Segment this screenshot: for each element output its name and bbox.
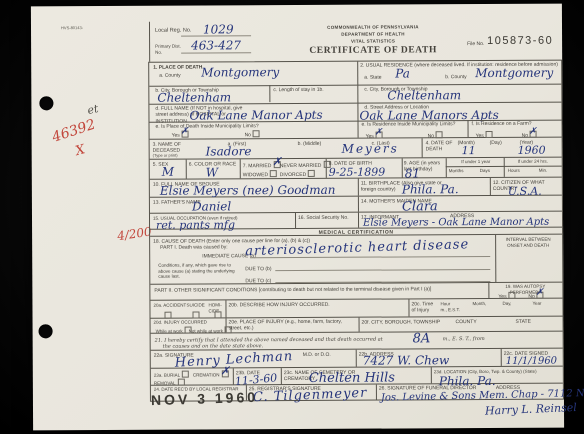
date-signed-value: 11/1/1960: [506, 357, 557, 367]
spouse-value: Elsie Meyers (nee) Goodman: [160, 184, 336, 197]
section-name-date: 3. NAME OF DECEASED (Type or print) a. (…: [150, 138, 562, 160]
yes-checkbox: ✗: [182, 131, 189, 138]
city-borough-label: 20f. CITY, BOROUGH, TOWNSHIP: [362, 319, 441, 326]
due-to-b-label: DUE TO (b): [245, 266, 271, 272]
place-of-death-label: 1. PLACE OF DEATH: [153, 64, 202, 71]
never-married-option: NEVER MARRIED: [280, 161, 331, 169]
color-race-value: W: [206, 166, 218, 178]
red-x-annotation: X: [74, 143, 86, 158]
certificate-title: CERTIFICATE OF DEATH: [293, 45, 453, 56]
min-label: Min.: [539, 168, 548, 174]
type-or-print-label: (Type or print): [153, 153, 178, 158]
section-demographics: 5. SEX M 6. COLOR OR RACE W 7. MARRIED✗ …: [150, 158, 562, 180]
hours-label: Hours: [508, 168, 520, 174]
part2-label: PART II. OTHER SIGNIFICANT CONDITIONS [c…: [154, 286, 484, 294]
yes-checkmark: ✗: [375, 128, 383, 138]
punch-hole-bottom: [39, 324, 53, 338]
file-no-value: 105873-60: [487, 35, 553, 47]
day-head-label: Day,: [502, 301, 511, 307]
yes-checkbox: ✗: [376, 132, 383, 139]
section-spouse-birthplace: 10. FULL NAME OF SPOUSE Elsie Meyers (ne…: [150, 178, 562, 198]
section-cause-of-death: 18. CAUSE OF DEATH (Enter only one cause…: [150, 235, 562, 285]
interval-label: INTERVAL BETWEEN ONSET AND DEATH: [499, 237, 557, 249]
last-name-value: Meyers: [342, 142, 399, 154]
accident-checkbox: [164, 312, 171, 319]
cremation-checkmark: ✗: [220, 364, 229, 377]
first-name-value: Isadore: [206, 145, 252, 157]
month-head-label: Month,: [472, 301, 486, 307]
no-label: No: [245, 132, 251, 138]
hour-label: Hour: [440, 301, 450, 307]
municipality-no: No: [245, 130, 260, 138]
municipality-question-label: e. Is Place of Death Inside Municipality…: [156, 123, 259, 130]
primary-dist-label: Primary Dist. No.: [155, 44, 181, 55]
residence-state-value: Pa: [395, 67, 410, 79]
file-no-label: File No.: [467, 41, 484, 47]
primary-dist-value: 463-427: [191, 39, 241, 51]
year-head-label: Year: [532, 301, 541, 307]
divorced-checkbox: [308, 170, 315, 177]
red-number-annotation: 46392: [50, 118, 97, 145]
cremation-checkbox: ✗: [221, 370, 228, 377]
divorced-label: DIVORCED: [280, 172, 306, 178]
middle-name-label: b. (Middle): [298, 141, 322, 147]
stay-label: c. Length of stay in 1b.: [273, 87, 333, 94]
farm-question-label: f. Is Residence on a Farm?: [472, 121, 560, 128]
residence-city-value: Cheltenham: [387, 89, 461, 101]
place-of-injury-label: 20e. PLACE OF INJURY (e.g., home, farm, …: [229, 319, 354, 332]
conditions-note: Conditions, if any, which gave rise to a…: [158, 262, 238, 279]
no-checkbox: ✗: [537, 292, 544, 299]
section-burial: 23a. BURIAL CREMATION✗ REMOVAL 23b. DATE…: [151, 367, 563, 386]
under-24-hrs-label: If under 24 hrs.: [506, 159, 560, 165]
yes-checkbox: [486, 131, 493, 138]
widowed-label: WIDOWED: [243, 172, 268, 178]
married-option: 7. MARRIED✗: [243, 161, 281, 169]
death-month-value: 11: [462, 145, 476, 156]
header-vital: VITAL STATISTICS: [293, 38, 453, 44]
widowed-checkbox: [270, 170, 277, 177]
county-head-label: COUNTY: [456, 319, 477, 325]
photo-background: HVS-80143- et 46392 X 4/200 Local Reg. N…: [0, 0, 584, 434]
suicide-label: SUICIDE: [186, 302, 204, 308]
time-of-injury-label: 20c. Time of Injury: [411, 301, 437, 314]
birthplace-value: Phila. Pa.: [402, 183, 459, 195]
removal-checkbox: [178, 379, 185, 386]
est-label: m., E.S.T.: [440, 307, 460, 313]
institution-value: Oak Lane Manor Apts: [189, 109, 322, 122]
accident-label: 20a. ACCIDENT: [153, 303, 186, 309]
funeral-director-line2: Harry L. Reinsel: [485, 402, 577, 417]
part1-label: PART I. Death was caused by:: [160, 244, 228, 251]
local-reg-line: [181, 35, 251, 36]
residence-county-value: Montgomery: [475, 67, 553, 79]
registrar-signature-value: C. Tilgenmeyer: [253, 387, 368, 405]
residence-state-label: a. State: [364, 75, 381, 81]
header-divider: [149, 22, 150, 62]
days-label: Days: [480, 168, 490, 174]
widowed-option: WIDOWED: [243, 170, 277, 178]
section-physician-signature: 22a. SIGNATURE Henry Lechman M.D. or D.O…: [151, 349, 563, 369]
certify-time-value: 8A: [413, 332, 431, 345]
divorced-option: DIVORCED: [280, 170, 315, 178]
months-label: Months: [449, 168, 464, 174]
ssn-label: 16. Social Security No.: [298, 215, 354, 222]
section-certify: 21. I hereby certify that I attended the…: [151, 332, 563, 351]
local-reg-value: 1029: [203, 23, 234, 35]
header-department: DEPARTMENT OF HEALTH: [293, 31, 453, 37]
burial-checkbox: [182, 371, 189, 378]
cremation-label: CREMATION: [193, 372, 220, 377]
certify-text-line2: the causes and on the date state above.: [163, 343, 264, 350]
residence-county-label: b. County: [445, 74, 466, 80]
married-label: 7. MARRIED: [243, 163, 272, 169]
describe-injury-label: 20b. DESCRIBE HOW INJURY OCCURRED.: [228, 302, 329, 309]
suicide-checkbox: [192, 312, 199, 319]
burial-option: 23a. BURIAL: [154, 371, 189, 378]
form-number: HVS-80143-: [61, 25, 83, 30]
day-label: (Day): [490, 140, 502, 146]
injury-occurred-label: 20d. INJURY OCCURRED: [154, 319, 207, 325]
death-year-value: 1960: [518, 145, 546, 156]
yes-checkbox: [509, 292, 516, 299]
city-value: Cheltenham: [157, 91, 231, 103]
no-checkbox: [436, 131, 443, 138]
red-fraction-annotation: 4/200: [116, 225, 152, 242]
cemetery-value: Chelten Hills: [309, 371, 395, 384]
father-name-value: Daniel: [192, 200, 231, 212]
death-certificate-document: HVS-80143- et 46392 X 4/200 Local Reg. N…: [31, 4, 564, 431]
section-place-residence: 1. PLACE OF DEATH a. County Montgomery b…: [149, 61, 561, 140]
header-commonwealth: COMMONWEALTH OF PENNSYLVANIA: [293, 24, 453, 30]
never-married-label: NEVER MARRIED: [280, 163, 322, 169]
primary-dist-line: [181, 52, 251, 53]
yes-label: Yes: [172, 133, 180, 139]
sex-value: M: [162, 166, 174, 178]
certify-text-after: m., E. S. T., from: [443, 336, 485, 342]
no-checkbox: ✗: [530, 131, 537, 138]
no-checkmark: ✗: [536, 288, 544, 298]
under-1-year-label: If under 1 year: [448, 159, 504, 165]
county-value: Montgomery: [201, 66, 279, 78]
burial-label: 23a. BURIAL: [154, 373, 180, 378]
section-injury-top: 20a. ACCIDENT SUICIDE HOMI-CIDE 20b. DES…: [150, 299, 562, 319]
county-label: a. County: [159, 73, 180, 79]
date-of-birth-value: 9-25-1899: [329, 167, 385, 178]
received-date-stamp: NOV 3 1960: [151, 389, 259, 408]
date-of-death-label: 4. DATE OF DEATH: [426, 140, 456, 153]
yes-checkmark: ✗: [181, 127, 189, 137]
local-reg-label: Local Reg. No.: [155, 28, 191, 35]
no-checkmark: ✗: [529, 127, 537, 137]
state-head-label: STATE: [516, 319, 531, 325]
municipality-yes: Yes✗: [172, 131, 189, 139]
md-do-label: M.D. or D.O.: [303, 352, 331, 358]
homicide-checkbox: [214, 311, 221, 318]
certificate-form: 1. PLACE OF DEATH a. County Montgomery b…: [148, 60, 564, 402]
no-checkbox: [253, 130, 260, 137]
pencil-annotation: et: [86, 103, 99, 116]
physician-address-value: 7427 W. Chew: [363, 354, 450, 366]
punch-hole-top: [39, 96, 53, 110]
cremation-option: CREMATION✗: [193, 370, 229, 377]
